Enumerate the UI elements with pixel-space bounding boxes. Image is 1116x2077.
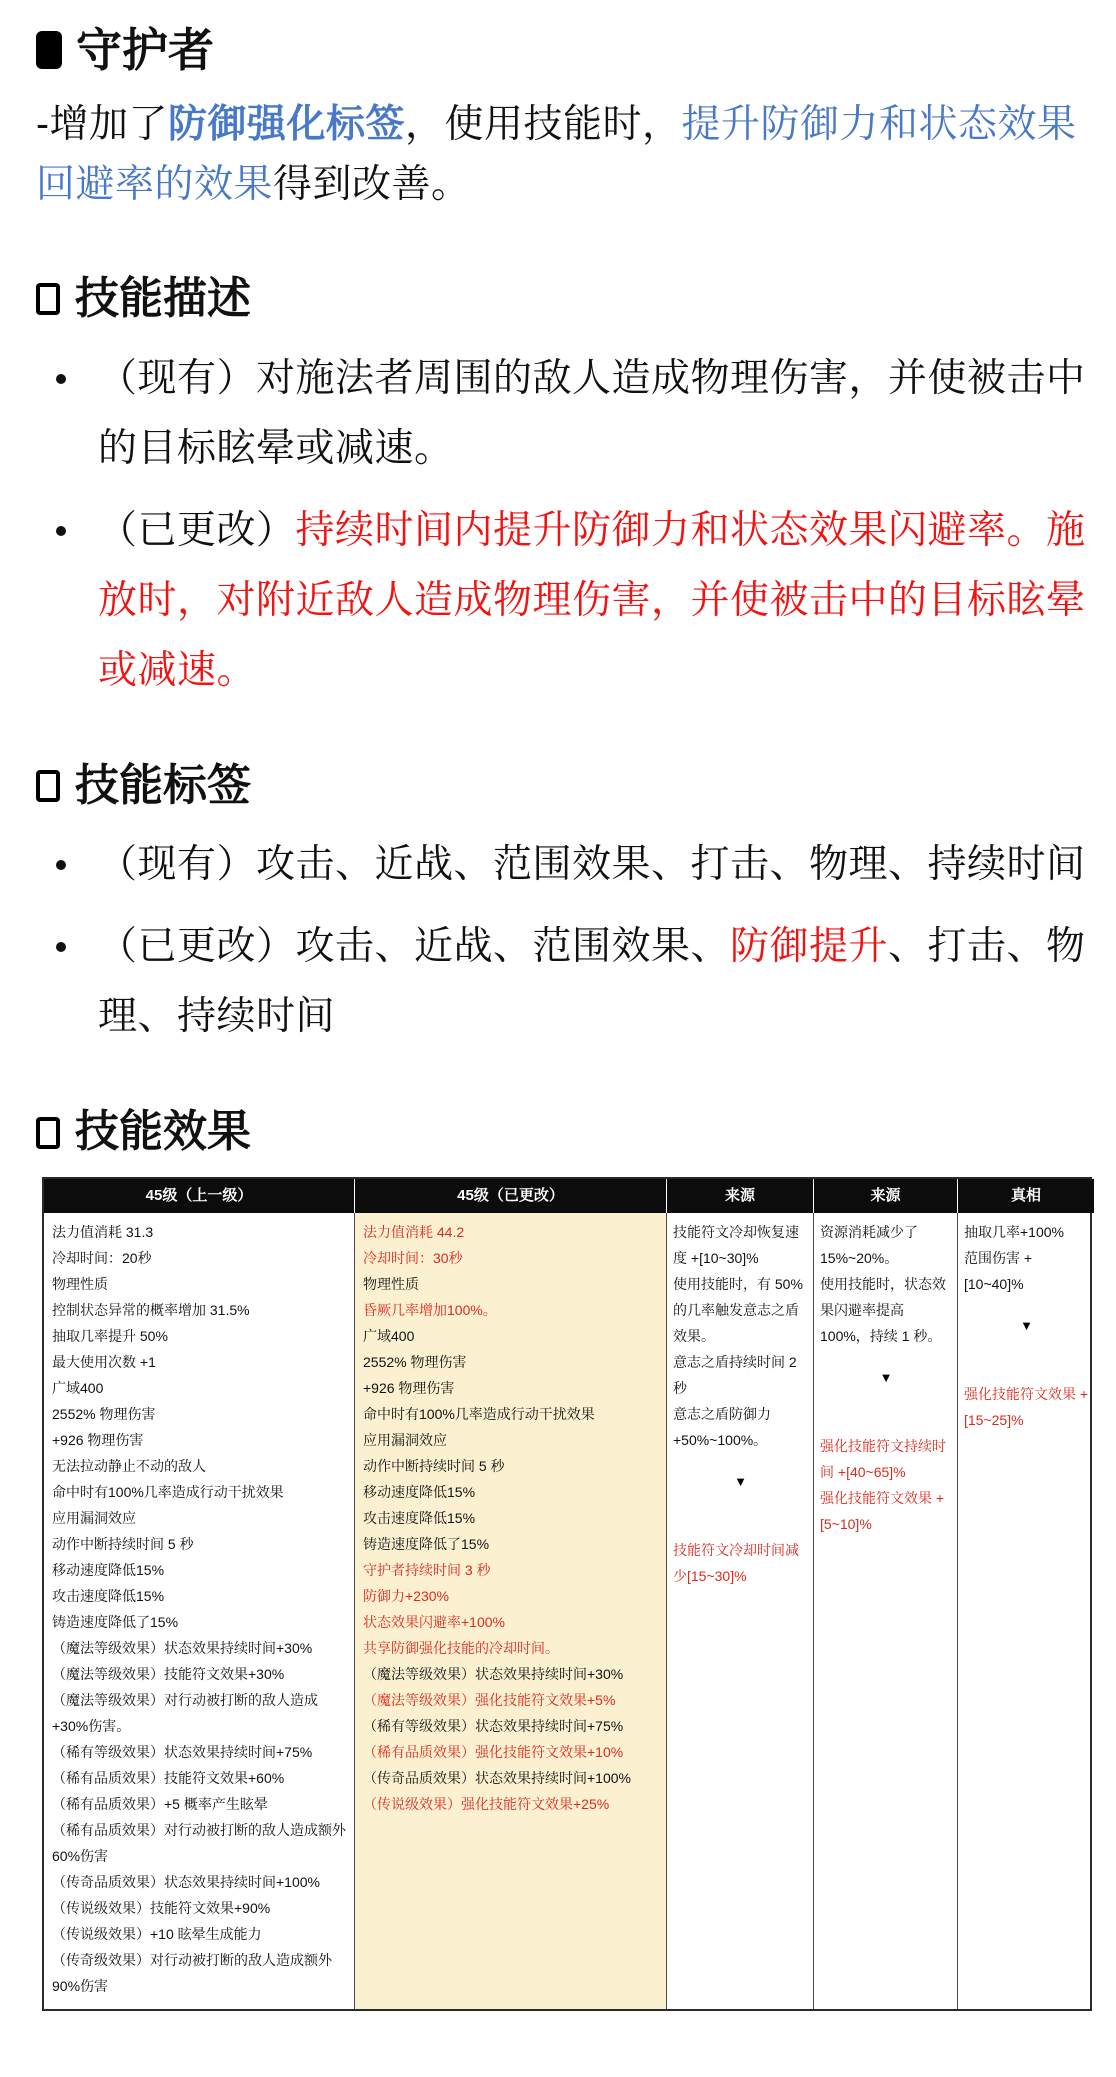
stat-line: （稀有品质效果）技能符文效果+60% xyxy=(52,1765,346,1791)
stat-line: 强化技能符文效果 +[5~10]% xyxy=(820,1485,952,1537)
stat-line: （魔法等级效果）技能符文效果+30% xyxy=(52,1661,346,1687)
bullet-list: （现有）对施法者周围的敌人造成物理伤害，并使被击中的目标眩晕或减速。（已更改）持… xyxy=(36,344,1088,706)
outline-square-bullet-icon xyxy=(36,770,60,802)
section-skill-effects: 技能效果 45级（上一级）45级（已更改）来源来源真相 法力值消耗 31.3冷却… xyxy=(36,1106,1088,2011)
spacer xyxy=(673,1511,808,1537)
stat-line: 使用技能时，有 50% 的几率触发意志之盾效果。 xyxy=(673,1271,808,1349)
stat-line: 状态效果闪避率+100% xyxy=(363,1609,658,1635)
down-triangle-icon: ▼ xyxy=(673,1469,808,1495)
stat-line: （稀有品质效果）+5 概率产生眩晕 xyxy=(52,1791,346,1817)
stat-line: 攻击速度降低15% xyxy=(363,1505,658,1531)
stat-line: （传说级效果）技能符文效果+90% xyxy=(52,1895,346,1921)
stat-line: （稀有等级效果）状态效果持续时间+75% xyxy=(363,1713,658,1739)
stat-line: 命中时有100%几率造成行动干扰效果 xyxy=(52,1479,346,1505)
filled-square-bullet-icon xyxy=(36,31,62,69)
column-header: 真相 xyxy=(957,1179,1094,1213)
section-skill-tags: 技能标签 （现有）攻击、近战、范围效果、打击、物理、持续时间（已更改）攻击、近战… xyxy=(36,760,1088,1053)
stat-line: 法力值消耗 44.2 xyxy=(363,1219,658,1245)
stat-line: 应用漏洞效应 xyxy=(363,1427,658,1453)
stat-line: 移动速度降低15% xyxy=(52,1557,346,1583)
stat-line: 动作中断持续时间 5 秒 xyxy=(363,1453,658,1479)
spacer xyxy=(964,1355,1089,1381)
section-heading-text: 技能描述 xyxy=(75,273,251,326)
table-cell: 法力值消耗 44.2冷却时间：30秒物理性质昏厥几率增加100%。广域40025… xyxy=(354,1213,666,2009)
section-heading: 技能标签 xyxy=(36,760,1088,813)
stat-line: （传说级效果）强化技能符文效果+25% xyxy=(363,1791,658,1817)
bullet-item: （现有）攻击、近战、范围效果、打击、物理、持续时间 xyxy=(36,830,1088,900)
column-header: 45级（已更改） xyxy=(354,1179,666,1213)
stat-line: 意志之盾持续时间 2 秒 xyxy=(673,1349,808,1401)
column-header: 45级（上一级） xyxy=(44,1179,354,1213)
stat-line: （传奇品质效果）状态效果持续时间+100% xyxy=(363,1765,658,1791)
table-cell: 法力值消耗 31.3冷却时间：20秒物理性质控制状态异常的概率增加 31.5%抽… xyxy=(44,1213,354,2009)
stat-line: 昏厥几率增加100%。 xyxy=(363,1297,658,1323)
text-segment: 防御强化标签 xyxy=(168,103,405,146)
stat-line: 动作中断持续时间 5 秒 xyxy=(52,1531,346,1557)
text-segment: 防御提升 xyxy=(730,925,888,968)
section-heading-text: 技能效果 xyxy=(75,1106,251,1159)
text-segment: ，使用技能时， xyxy=(405,103,682,146)
stat-line: 命中时有100%几率造成行动干扰效果 xyxy=(363,1401,658,1427)
stat-line: 法力值消耗 31.3 xyxy=(52,1219,346,1245)
stat-line: 2552% 物理伤害 xyxy=(363,1349,658,1375)
stat-line: 控制状态异常的概率增加 31.5% xyxy=(52,1297,346,1323)
text-segment: （已更改） xyxy=(98,509,296,552)
outline-square-bullet-icon xyxy=(36,1117,60,1149)
outline-square-bullet-icon xyxy=(36,283,60,315)
stat-line: （魔法等级效果）状态效果持续时间+30% xyxy=(363,1661,658,1687)
stat-line: 强化技能符文持续时间 +[40~65]% xyxy=(820,1433,952,1485)
stat-line: 冷却时间：20秒 xyxy=(52,1245,346,1271)
stat-line: 铸造速度降低了15% xyxy=(363,1531,658,1557)
stat-line: 使用技能时，状态效果闪避率提高100%，持续 1 秒。 xyxy=(820,1271,952,1349)
skill-effects-table: 45级（上一级）45级（已更改）来源来源真相 法力值消耗 31.3冷却时间：20… xyxy=(42,1177,1092,2011)
bullet-list: （现有）攻击、近战、范围效果、打击、物理、持续时间（已更改）攻击、近战、范围效果… xyxy=(36,830,1088,1052)
stat-line: 抽取几率+100% xyxy=(964,1219,1089,1245)
stat-line: 攻击速度降低15% xyxy=(52,1583,346,1609)
stat-line: 强化技能符文效果 +[15~25]% xyxy=(964,1381,1089,1433)
stat-line: 资源消耗减少了15%~20%。 xyxy=(820,1219,952,1271)
stat-line: （稀有品质效果）对行动被打断的敌人造成额外60%伤害 xyxy=(52,1817,346,1869)
stat-line: 移动速度降低15% xyxy=(363,1479,658,1505)
down-triangle-icon: ▼ xyxy=(820,1365,952,1391)
table-body-row: 法力值消耗 31.3冷却时间：20秒物理性质控制状态异常的概率增加 31.5%抽… xyxy=(44,1213,1090,2009)
table-cell: 资源消耗减少了15%~20%。使用技能时，状态效果闪避率提高100%，持续 1 … xyxy=(813,1213,957,2009)
stat-line: 广域400 xyxy=(52,1375,346,1401)
stat-line: +926 物理伤害 xyxy=(52,1427,346,1453)
stat-line: 意志之盾防御力 +50%~100%。 xyxy=(673,1401,808,1453)
stat-line: （稀有等级效果）状态效果持续时间+75% xyxy=(52,1739,346,1765)
stat-line: 广域400 xyxy=(363,1323,658,1349)
column-header: 来源 xyxy=(666,1179,813,1213)
section-heading: 技能效果 xyxy=(36,1106,1088,1159)
stat-line: 技能符文冷却恢复速度 +[10~30]% xyxy=(673,1219,808,1271)
text-segment: （现有）对施法者周围的敌人造成物理伤害，并使被击中的目标眩晕或减速。 xyxy=(98,357,1086,470)
section-heading: 技能描述 xyxy=(36,273,1088,326)
stat-line: 守护者持续时间 3 秒 xyxy=(363,1557,658,1583)
changelog-page: 守护者 -增加了防御强化标签，使用技能时，提升防御力和状态效果回避率的效果得到改… xyxy=(0,0,1116,2077)
page-title: 守护者 xyxy=(36,24,1088,77)
stat-line: 应用漏洞效应 xyxy=(52,1505,346,1531)
stat-line: 最大使用次数 +1 xyxy=(52,1349,346,1375)
text-segment: （已更改）攻击、近战、范围效果、 xyxy=(98,925,730,968)
stat-line: （魔法等级效果）状态效果持续时间+30% xyxy=(52,1635,346,1661)
table-header-row: 45级（上一级）45级（已更改）来源来源真相 xyxy=(44,1179,1090,1213)
stat-line: （传奇级效果）对行动被打断的敌人造成额外90%伤害 xyxy=(52,1947,346,1999)
text-segment: -增加了 xyxy=(36,103,168,146)
stat-line: 物理性质 xyxy=(52,1271,346,1297)
stat-line: （魔法等级效果）强化技能符文效果+5% xyxy=(363,1687,658,1713)
stat-line: （传说级效果）+10 眩晕生成能力 xyxy=(52,1921,346,1947)
stat-line: （魔法等级效果）对行动被打断的敌人造成+30%伤害。 xyxy=(52,1687,346,1739)
text-segment: （现有）攻击、近战、范围效果、打击、物理、持续时间 xyxy=(98,843,1086,886)
section-heading-text: 技能标签 xyxy=(75,760,251,813)
stat-line: （稀有品质效果）强化技能符文效果+10% xyxy=(363,1739,658,1765)
stat-line: 抽取几率提升 50% xyxy=(52,1323,346,1349)
bullet-item: （现有）对施法者周围的敌人造成物理伤害，并使被击中的目标眩晕或减速。 xyxy=(36,344,1088,484)
stat-line: 物理性质 xyxy=(363,1271,658,1297)
stat-line: 铸造速度降低了15% xyxy=(52,1609,346,1635)
stat-line: 冷却时间：30秒 xyxy=(363,1245,658,1271)
stat-line: （传奇品质效果）状态效果持续时间+100% xyxy=(52,1869,346,1895)
down-triangle-icon: ▼ xyxy=(964,1313,1089,1339)
text-segment: 得到改善。 xyxy=(273,163,471,206)
stat-line: 防御力+230% xyxy=(363,1583,658,1609)
stat-line: 无法拉动静止不动的敌人 xyxy=(52,1453,346,1479)
stat-line: +926 物理伤害 xyxy=(363,1375,658,1401)
intro-paragraph: -增加了防御强化标签，使用技能时，提升防御力和状态效果回避率的效果得到改善。 xyxy=(36,95,1088,215)
column-header: 来源 xyxy=(813,1179,957,1213)
bullet-item: （已更改）持续时间内提升防御力和状态效果闪避率。施放时，对附近敌人造成物理伤害，… xyxy=(36,496,1088,706)
stat-line: 共享防御强化技能的冷却时间。 xyxy=(363,1635,658,1661)
stat-line: 范围伤害 +[10~40]% xyxy=(964,1245,1089,1297)
table-cell: 抽取几率+100%范围伤害 +[10~40]%▼强化技能符文效果 +[15~25… xyxy=(957,1213,1094,2009)
bullet-item: （已更改）攻击、近战、范围效果、防御提升、打击、物理、持续时间 xyxy=(36,912,1088,1052)
table-cell: 技能符文冷却恢复速度 +[10~30]%使用技能时，有 50% 的几率触发意志之… xyxy=(666,1213,813,2009)
stat-line: 技能符文冷却时间减少[15~30]% xyxy=(673,1537,808,1589)
section-skill-description: 技能描述 （现有）对施法者周围的敌人造成物理伤害，并使被击中的目标眩晕或减速。（… xyxy=(36,273,1088,706)
page-title-text: 守护者 xyxy=(76,24,214,77)
spacer xyxy=(820,1407,952,1433)
stat-line: 2552% 物理伤害 xyxy=(52,1401,346,1427)
